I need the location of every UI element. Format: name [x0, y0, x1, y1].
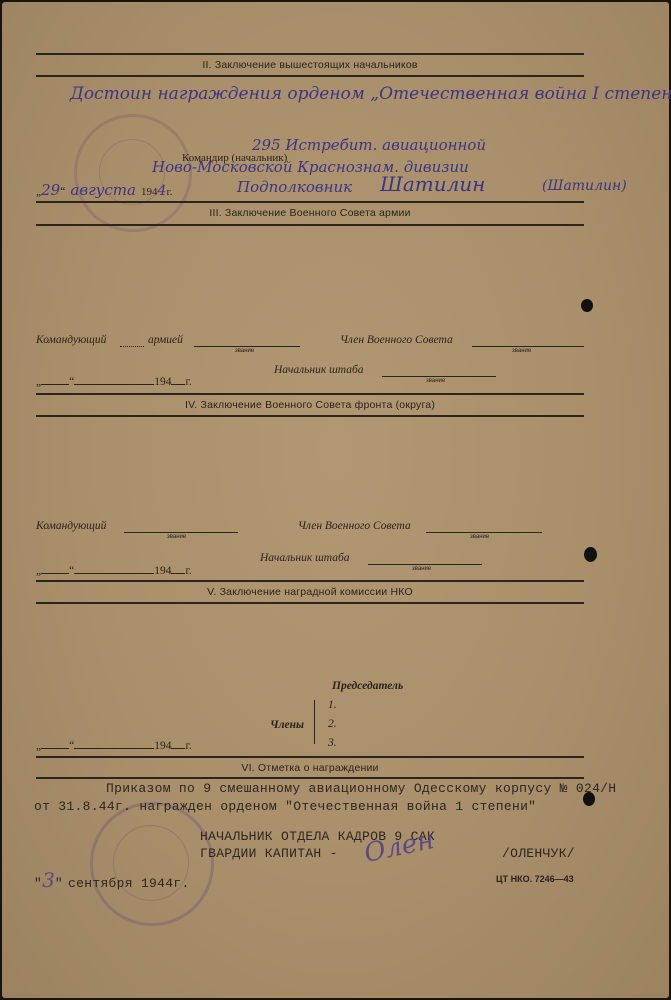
name-in-parens: (Шатилин) — [542, 178, 627, 194]
section-3-date: „“194г. — [36, 376, 192, 388]
date-day-handwritten: 3 — [42, 868, 55, 892]
section-4-heading: IV. Заключение Военного Совета фронта (о… — [36, 399, 584, 411]
punch-hole — [584, 547, 597, 562]
divider — [36, 602, 584, 604]
section-2-heading: II. Заключение вышестоящих начальников — [36, 59, 584, 71]
section-6-heading: VI. Отметка о награждении — [36, 762, 584, 774]
signature: Шатилин — [380, 172, 485, 196]
chief-of-staff-label: Начальник штаба — [274, 364, 364, 376]
member-3: 3. — [328, 737, 337, 749]
army-label: армией — [148, 334, 183, 346]
front-chief-of-staff-field — [368, 564, 482, 565]
typed-name: /ОЛЕНЧУК/ — [502, 846, 575, 861]
chief-of-staff-field — [382, 376, 496, 377]
member-1: 1. — [328, 699, 337, 711]
section-3-heading: III. Заключение Военного Совета армии — [36, 207, 584, 219]
members-brace — [314, 700, 315, 744]
divider — [36, 777, 584, 779]
section-5-heading: V. Заключение наградной комиссии НКО — [36, 586, 584, 598]
front-chief-of-staff-label: Начальник штаба — [260, 552, 350, 564]
divider — [36, 756, 584, 758]
front-council-member-label: Член Военного Совета — [298, 520, 411, 532]
section-5-date: „“194г. — [36, 740, 192, 752]
divider — [36, 224, 584, 226]
front-commander-label: Командующий — [36, 520, 106, 532]
front-commander-field — [124, 532, 238, 533]
stamp-seal-corps — [90, 802, 214, 926]
divider — [36, 53, 584, 55]
divider — [36, 201, 584, 203]
document-page: II. Заключение вышестоящих начальников Д… — [2, 2, 669, 998]
typed-title-line2: ГВАРДИИ КАПИТАН - — [200, 846, 338, 861]
divider — [36, 393, 584, 395]
typed-order-line2: от 31.8.44г. награжден орденом "Отечеств… — [34, 799, 536, 814]
print-code: ЦТ НКО. 7246—43 — [496, 874, 574, 884]
handwritten-unit-line1: 295 Истребит. авиационной — [252, 136, 486, 154]
council-member-label: Член Военного Совета — [340, 334, 453, 346]
section-2-date-row: „29“ августа 1944г. — [36, 180, 172, 199]
date-month: августа — [70, 181, 136, 199]
punch-hole — [583, 792, 595, 806]
member-2: 2. — [328, 718, 337, 730]
members-label: Члены — [270, 719, 304, 731]
council-member-field — [472, 346, 584, 347]
divider — [36, 580, 584, 582]
divider — [36, 415, 584, 417]
army-commander-label: Командующий — [36, 334, 106, 346]
typed-order-line1: Приказом по 9 смешанному авиационному Од… — [106, 781, 616, 796]
handwritten-conclusion: Достоин награждения орденом „Отечественн… — [70, 84, 671, 104]
divider — [36, 75, 584, 77]
front-council-member-field — [426, 532, 542, 533]
punch-hole — [581, 299, 593, 312]
rank-handwritten: Подполковник — [237, 178, 352, 196]
date-day: 29 — [41, 181, 60, 199]
army-rank-field — [194, 346, 300, 347]
section-6-date: "3" сентября 1944г. — [34, 868, 190, 892]
section-4-date: „“194г. — [36, 565, 192, 577]
chairman-label: Председатель — [332, 680, 403, 692]
